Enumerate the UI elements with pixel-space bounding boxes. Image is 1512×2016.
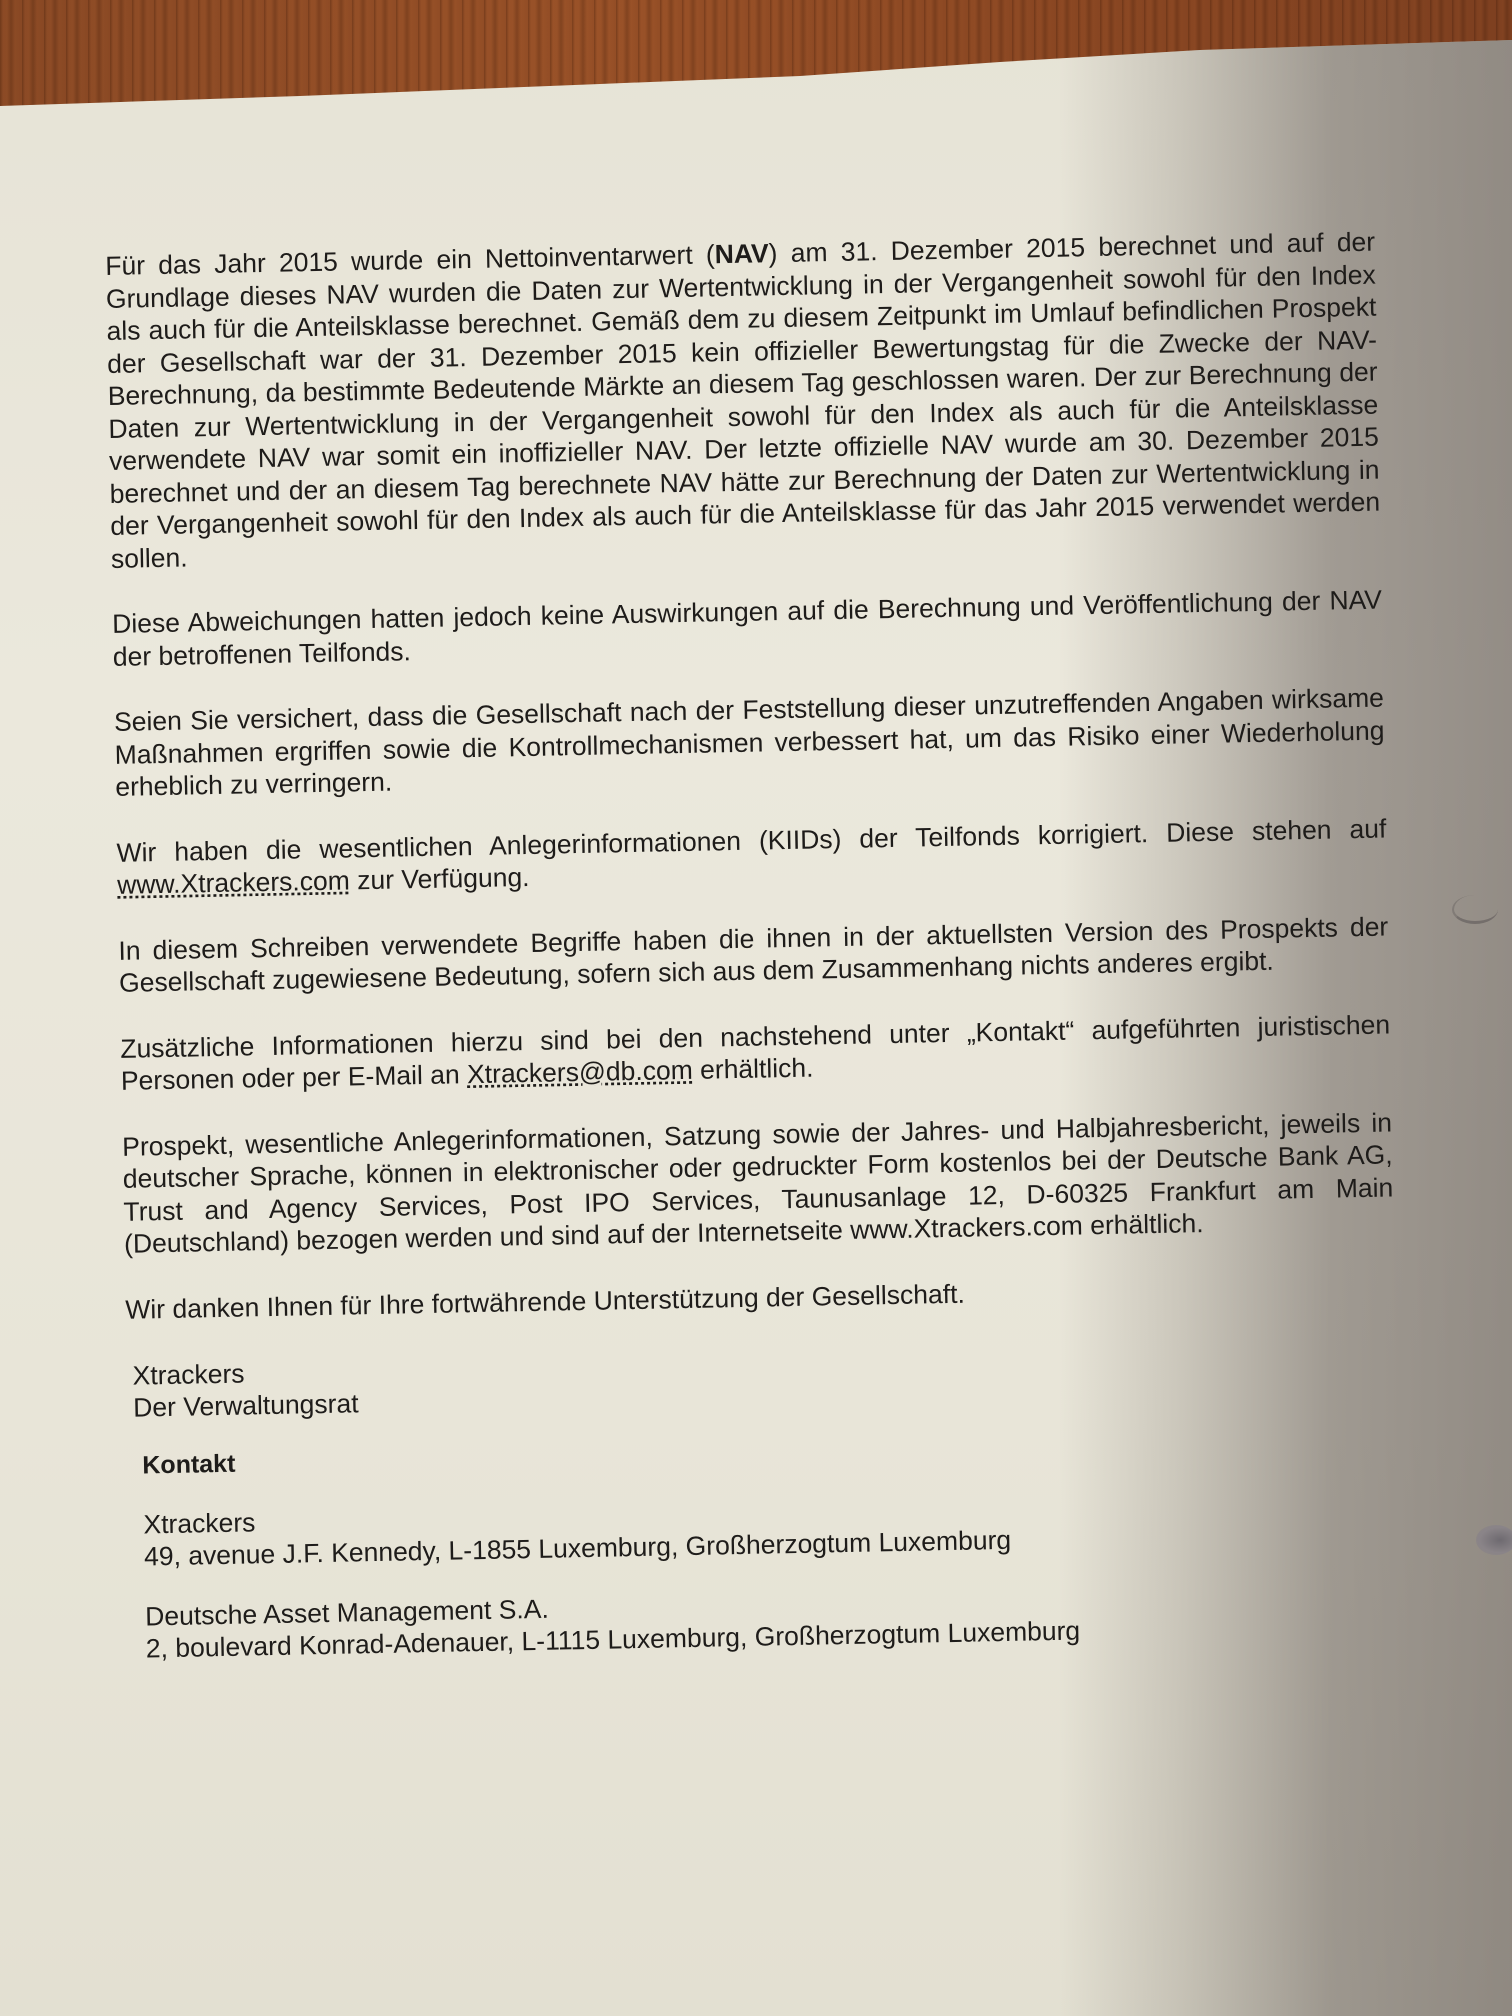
paragraph-additional-info: Zusätzliche Informationen hierzu sind be… (120, 1008, 1391, 1097)
paragraph-prospectus: Prospekt, wesentliche Anlegerinformation… (122, 1106, 1394, 1260)
paragraph-deviations: Diese Abweichungen hatten jedoch keine A… (112, 584, 1383, 673)
paragraph-text: erhältlich. (692, 1053, 813, 1085)
letter-body: Für das Jahr 2015 wurde ein Nettoinventa… (105, 226, 1402, 1665)
paragraph-text: ) am 31. Dezember 2015 berechnet und auf… (106, 227, 1381, 574)
paragraph-definitions: In diesem Schreiben verwendete Begriffe … (118, 910, 1389, 999)
paragraph-text: Wir haben die wesentlichen Anlegerinform… (116, 813, 1386, 867)
paragraph-kiids: Wir haben die wesentlichen Anlegerinform… (116, 812, 1387, 901)
punch-hole-bottom (1476, 1525, 1512, 1555)
paragraph-assurance: Seien Sie versichert, dass die Gesellsch… (114, 682, 1386, 804)
closing-line: Wir danken Ihnen für Ihre fortwährende U… (125, 1269, 1395, 1326)
nav-abbreviation: NAV (714, 238, 769, 269)
signature-block: Xtrackers Der Verwaltungsrat (132, 1335, 1397, 1423)
contact-entry-xtrackers: Xtrackers 49, avenue J.F. Kennedy, L-185… (143, 1484, 1400, 1572)
punch-hole-top (1452, 895, 1498, 924)
paragraph-nav-calculation: Für das Jahr 2015 wurde ein Nettoinventa… (105, 226, 1381, 575)
paragraph-text: zur Verfügung. (350, 862, 530, 895)
xtrackers-website-link[interactable]: www.Xtrackers.com (117, 865, 350, 899)
email-link[interactable]: Xtrackers@db.com (467, 1055, 693, 1089)
contact-heading: Kontakt (142, 1425, 1398, 1482)
